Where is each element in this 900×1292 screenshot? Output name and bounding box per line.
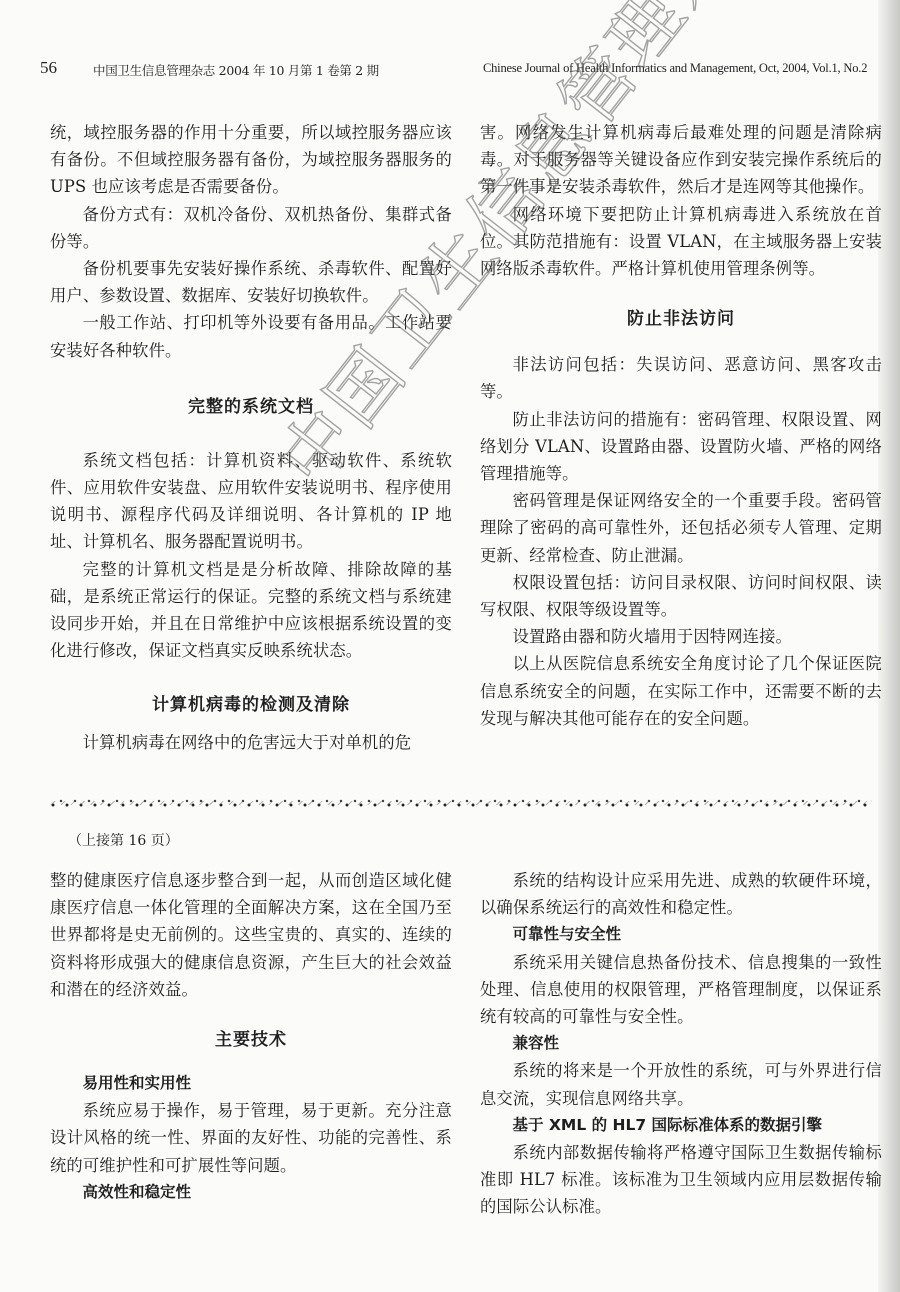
section-heading: 防止非法访问 (480, 304, 882, 329)
page-number: 56 (40, 58, 57, 78)
subheading: 高效性和稳定性 (50, 1179, 452, 1206)
lower-left-column: 整的健康医疗信息逐步整合到一起，从而创造区域化健康医疗信息一体化管理的全面解决方… (50, 867, 452, 1206)
paragraph: 系统文档包括：计算机资料、驱动软件、系统软件、应用软件安装盘、应用软件安装说明书… (50, 447, 452, 556)
paragraph: 统，域控服务器的作用十分重要，所以域控服务器应该有备份。不但域控服务器有备份，为… (50, 119, 452, 201)
paragraph: 害。网络发生计算机病毒后最难处理的问题是清除病毒。对于服务器等关键设备应作到安装… (480, 119, 882, 201)
section-heading: 完整的系统文档 (50, 392, 452, 417)
decorative-divider (50, 798, 872, 808)
paragraph: 完整的计算机文档是是分析故障、排除故障的基础，是系统正常运行的保证。完整的系统文… (50, 556, 452, 665)
subheading: 兼容性 (480, 1030, 882, 1057)
paragraph: 系统应易于操作，易于管理，易于更新。充分注意设计风格的统一性、界面的友好性、功能… (50, 1097, 452, 1179)
journal-title-en: Chinese Journal of Health Informatics an… (483, 61, 867, 76)
upper-right-column: 害。网络发生计算机病毒后最难处理的问题是清除病毒。对于服务器等关键设备应作到安装… (480, 119, 882, 732)
paragraph: 备份方式有：双机冷备份、双机热备份、集群式备份等。 (50, 201, 452, 255)
section-heading: 计算机病毒的检测及清除 (50, 690, 452, 715)
lower-right-column: 系统的结构设计应采用先进、成熟的软硬件环境，以确保系统运行的高效性和稳定性。 可… (480, 867, 882, 1221)
paragraph: 以上从医院信息系统安全角度讨论了几个保证医院信息系统安全的问题，在实际工作中，还… (480, 650, 882, 732)
paragraph: 整的健康医疗信息逐步整合到一起，从而创造区域化健康医疗信息一体化管理的全面解决方… (50, 867, 452, 1003)
journal-title-cn: 中国卫生信息管理杂志 2004 年 10 月第 1 卷第 2 期 (93, 61, 379, 79)
upper-left-column: 统，域控服务器的作用十分重要，所以域控服务器应该有备份。不但域控服务器有备份，为… (50, 119, 452, 757)
paragraph: 系统内部数据传输将严格遵守国际卫生数据传输标准即 HL7 标准。该标准为卫生领域… (480, 1139, 882, 1221)
subheading: 易用性和实用性 (50, 1070, 452, 1097)
paragraph: 密码管理是保证网络安全的一个重要手段。密码管理除了密码的高可靠性外，还包括必须专… (480, 487, 882, 569)
paragraph: 一般工作站、打印机等外设要有备用品。工作站要安装好各种软件。 (50, 309, 452, 363)
continued-from-label: （上接第 16 页） (68, 830, 470, 850)
paragraph: 权限设置包括：访问目录权限、访问时间权限、读写权限、权限等级设置等。 (480, 569, 882, 623)
paragraph: 备份机要事先安装好操作系统、杀毒软件、配置好用户、参数设置、数据库、安装好切换软… (50, 255, 452, 309)
running-head: 56 中国卫生信息管理杂志 2004 年 10 月第 1 卷第 2 期 Chin… (40, 60, 880, 82)
paragraph: 系统的将来是一个开放性的系统，可与外界进行信息交流，实现信息网络共享。 (480, 1057, 882, 1111)
paragraph: 网络环境下要把防止计算机病毒进入系统放在首位。其防范措施有：设置 VLAN，在主… (480, 201, 882, 283)
paragraph: 非法访问包括：失误访问、恶意访问、黑客攻击等。 (480, 351, 882, 405)
subheading: 可靠性与安全性 (480, 921, 882, 948)
paragraph: 设置路由器和防火墙用于因特网连接。 (480, 623, 882, 650)
paragraph: 防止非法访问的措施有：密码管理、权限设置、网络划分 VLAN、设置路由器、设置防… (480, 406, 882, 488)
paragraph: 系统的结构设计应采用先进、成熟的软硬件环境，以确保系统运行的高效性和稳定性。 (480, 867, 882, 921)
subheading: 基于 XML 的 HL7 国际标准体系的数据引擎 (480, 1112, 882, 1139)
paragraph: 计算机病毒在网络中的危害远大于对单机的危 (50, 729, 452, 756)
paragraph: 系统采用关键信息热备份技术、信息搜集的一致性处理、信息使用的权限管理，严格管理制… (480, 949, 882, 1031)
section-heading: 主要技术 (50, 1025, 452, 1050)
continued-note: （上接第 16 页） (68, 830, 470, 850)
